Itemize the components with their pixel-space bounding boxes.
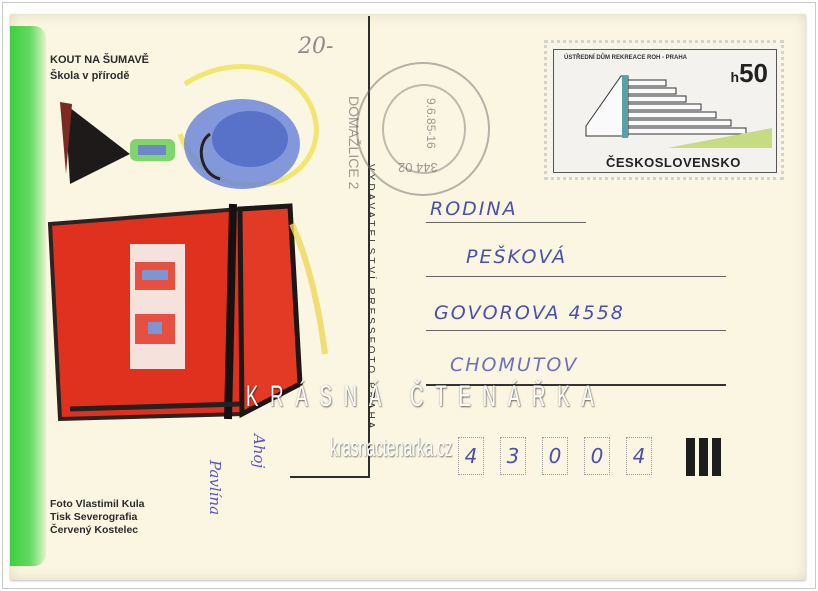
address-rule-1 — [426, 222, 586, 223]
postcard: KOUT NA ŠUMAVĚ Škola v přírodě 20- VYDAV… — [10, 14, 806, 580]
postal-code-bars — [686, 438, 721, 476]
zip-box-2: 3 — [500, 437, 526, 475]
stamp-caption: ÚSTŘEDNÍ DŮM REKREACE ROH - PRAHA — [564, 55, 687, 61]
address-line-1: RODINA — [430, 198, 518, 220]
photo-credits: Foto Vlastimil Kula Tisk Severografia Če… — [50, 498, 145, 537]
watermark-title: KRÁSNÁ ČTENÁŘKA — [246, 380, 606, 414]
stamp-image: ÚSTŘEDNÍ DŮM REKREACE ROH - PRAHA h50 ČE… — [553, 49, 777, 173]
address-rule-3 — [426, 330, 726, 331]
green-crayon-strip — [10, 26, 46, 566]
signature-greeting: Ahoj — [250, 434, 268, 468]
address-rule-2 — [426, 276, 726, 277]
postmark: DOMAŽLICE 2 9.6.85-16 344 02 — [356, 62, 490, 196]
address-line-3: GOVOROVA 4558 — [434, 302, 625, 324]
zip-box-3: 0 — [542, 437, 568, 475]
signature-name: Pavlína — [206, 460, 224, 515]
watermark-url: krasnactenarka.cz — [330, 432, 452, 463]
handwritten-price: 20- — [298, 34, 333, 59]
address-line-4: CHOMUTOV — [450, 354, 578, 376]
building-icon — [566, 66, 756, 146]
address-line-2: PEŠKOVÁ — [466, 246, 567, 268]
postage-stamp: ÚSTŘEDNÍ DŮM REKREACE ROH - PRAHA h50 ČE… — [544, 40, 784, 180]
zip-box-4: 0 — [584, 437, 610, 475]
credit-line: Tisk Severografia — [50, 511, 145, 524]
card-subtitle: Škola v přírodě — [50, 70, 129, 82]
card-title: KOUT NA ŠUMAVĚ — [50, 54, 149, 66]
zip-box-5: 4 — [626, 437, 652, 475]
credit-line: Červený Kostelec — [50, 524, 145, 537]
postmark-date: 9.6.85-16 — [424, 98, 438, 149]
stamp-country: ČESKOSLOVENSKO — [606, 155, 741, 170]
postmark-zip: 344 02 — [398, 160, 438, 175]
postmark-town: DOMAŽLICE 2 — [346, 96, 362, 189]
divider-foot-line — [290, 476, 370, 478]
credit-line: Foto Vlastimil Kula — [50, 498, 145, 511]
zip-box-1: 4 — [458, 437, 484, 475]
